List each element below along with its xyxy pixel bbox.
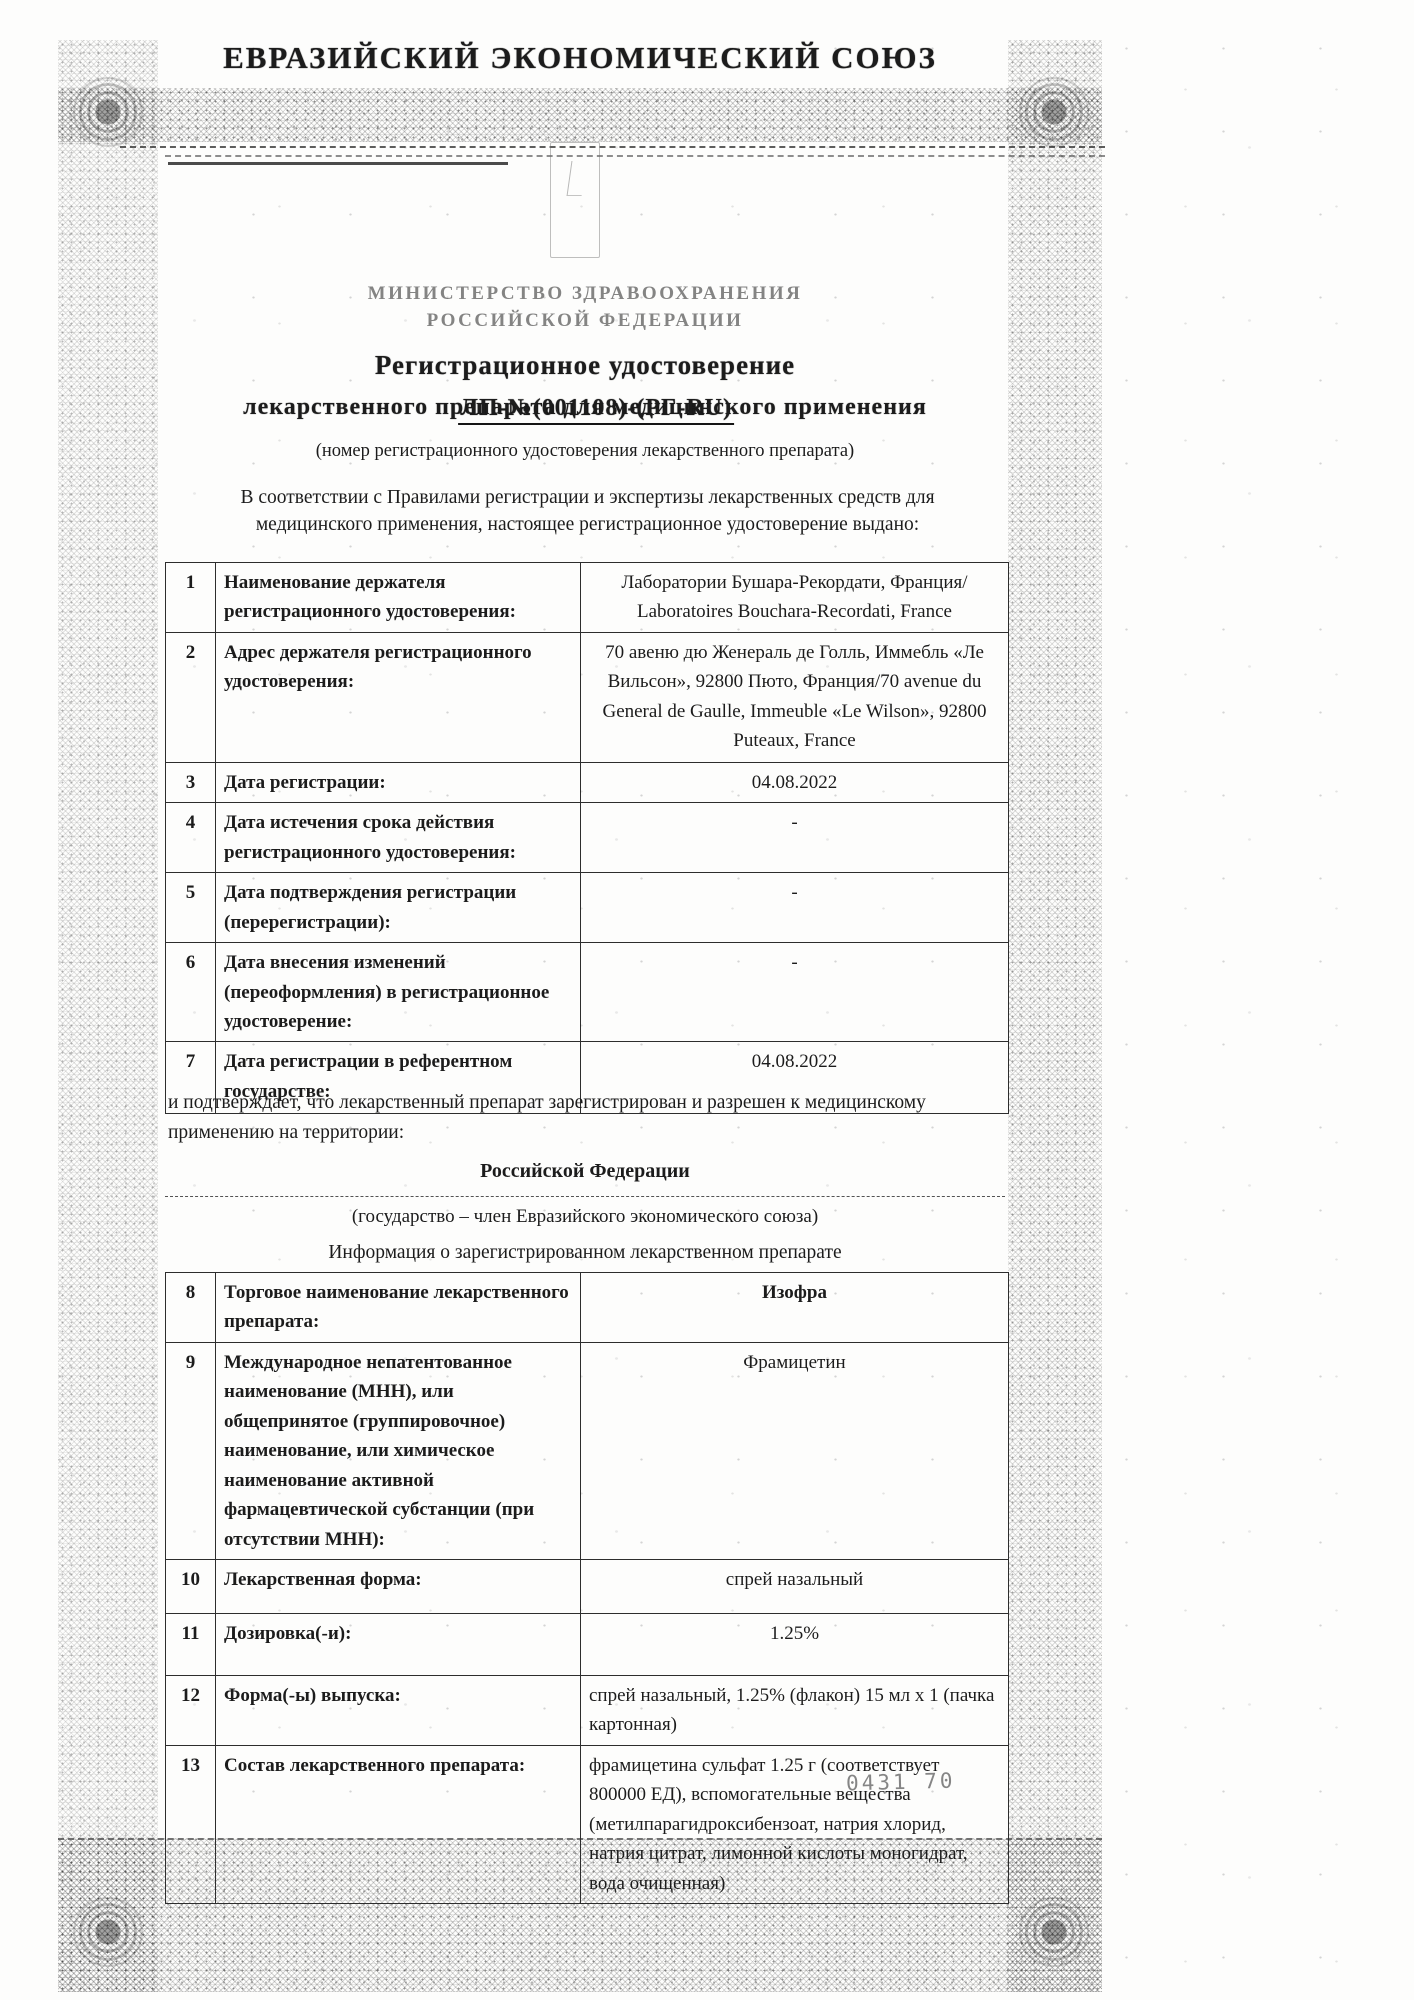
table-row: 11 Дозировка(-и): 1.25%	[166, 1613, 1009, 1675]
header-rule-2	[165, 155, 1105, 157]
document-subtitle-wrap: лекарственного препарата для медицинског…	[110, 394, 1060, 421]
table-row: 8 Торговое наименование лекарственного п…	[166, 1273, 1009, 1343]
row-number: 8	[166, 1273, 216, 1343]
table-row: 12 Форма(-ы) выпуска: спрей назальный, 1…	[166, 1675, 1009, 1745]
ornament-border-right	[1008, 40, 1102, 1992]
territory-rule	[165, 1196, 1005, 1197]
ornament-border-left	[58, 40, 158, 1992]
territory-caption: (государство – член Евразийского экономи…	[165, 1206, 1005, 1228]
row-label: Торговое наименование лекарственного пре…	[216, 1273, 581, 1343]
row-number: 3	[166, 762, 216, 802]
row-value: Фрамицетин	[581, 1342, 1009, 1559]
union-title: ЕВРАЗИЙСКИЙ ЭКОНОМИЧЕСКИЙ СОЮЗ	[60, 40, 1100, 76]
territory-name: Российской Федерации	[165, 1160, 1005, 1183]
row-value: спрей назальный	[581, 1559, 1009, 1613]
row-label: Лекарственная форма:	[216, 1559, 581, 1613]
row-label: Наименование держателя регистрационного …	[216, 563, 581, 633]
row-number: 10	[166, 1559, 216, 1613]
row-value: 70 авеню дю Женераль де Голль, Иммебль «…	[581, 632, 1009, 762]
row-value: спрей назальный, 1.25% (флакон) 15 мл х …	[581, 1675, 1009, 1745]
row-value: Лаборатории Бушара-Рекордати, Франция/ L…	[581, 563, 1009, 633]
registration-number-caption: (номер регистрационного удостоверения ле…	[165, 441, 1005, 462]
table-row: 9 Международное непатентованное наименов…	[166, 1342, 1009, 1559]
row-label: Дата регистрации:	[216, 762, 581, 802]
table-row: 1 Наименование держателя регистрационног…	[166, 563, 1009, 633]
row-number: 11	[166, 1613, 216, 1675]
row-value: -	[581, 803, 1009, 873]
ministry-name: МИНИСТЕРСТВО ЗДРАВООХРАНЕНИЯ РОССИЙСКОЙ …	[165, 280, 1005, 334]
row-number: 12	[166, 1675, 216, 1745]
row-value: -	[581, 873, 1009, 943]
row-label: Международное непатентованное наименован…	[216, 1342, 581, 1559]
row-number: 9	[166, 1342, 216, 1559]
row-label: Дата подтверждения регистрации (перереги…	[216, 873, 581, 943]
row-number: 6	[166, 943, 216, 1042]
ornament-corner-top-right	[1006, 64, 1102, 160]
table-row: 13 Состав лекарственного препарата: фрам…	[166, 1745, 1009, 1903]
row-number: 1	[166, 563, 216, 633]
row-value: Изофра	[581, 1273, 1009, 1343]
row-value: 1.25%	[581, 1613, 1009, 1675]
row-label: Форма(-ы) выпуска:	[216, 1675, 581, 1745]
row-value: -	[581, 943, 1009, 1042]
table-row: 5 Дата подтверждения регистрации (перере…	[166, 873, 1009, 943]
confirmation-paragraph: и подтверждает, что лекарственный препар…	[168, 1088, 1003, 1148]
ornament-corner-bottom-right	[1006, 1884, 1102, 1980]
row-label: Состав лекарственного препарата:	[216, 1745, 581, 1903]
ornament-corner-bottom-left	[60, 1884, 156, 1980]
ministry-emblem-placeholder	[550, 142, 600, 258]
row-number: 13	[166, 1745, 216, 1903]
table-row: 6 Дата внесения изменений (переоформлени…	[166, 943, 1009, 1042]
table-row: 4 Дата истечения срока действия регистра…	[166, 803, 1009, 873]
product-table: 8 Торговое наименование лекарственного п…	[165, 1272, 1009, 1904]
row-label: Дозировка(-и):	[216, 1613, 581, 1675]
row-label: Дата истечения срока действия регистраци…	[216, 803, 581, 873]
header-rule-3	[168, 162, 508, 165]
row-number: 4	[166, 803, 216, 873]
product-info-heading: Информация о зарегистрированном лекарств…	[165, 1242, 1005, 1264]
ornament-border-top	[58, 88, 1102, 142]
row-number: 2	[166, 632, 216, 762]
row-value: 04.08.2022	[581, 762, 1009, 802]
table-row: 3 Дата регистрации: 04.08.2022	[166, 762, 1009, 802]
ornament-corner-top-left	[60, 64, 156, 160]
registration-number: ЛП-№(001108)-(РГ-RU)	[458, 395, 734, 425]
document-title: Регистрационное удостоверение	[165, 350, 1005, 381]
row-label: Дата внесения изменений (переоформления)…	[216, 943, 581, 1042]
row-number: 5	[166, 873, 216, 943]
table-row: 2 Адрес держателя регистрационного удост…	[166, 632, 1009, 762]
ministry-line2: РОССИЙСКОЙ ФЕДЕРАЦИИ	[165, 307, 1005, 334]
table-row: 10 Лекарственная форма: спрей назальный	[166, 1559, 1009, 1613]
ministry-line1: МИНИСТЕРСТВО ЗДРАВООХРАНЕНИЯ	[165, 280, 1005, 307]
intro-paragraph: В соответствии с Правилами регистрации и…	[185, 484, 990, 538]
row-label: Адрес держателя регистрационного удостов…	[216, 632, 581, 762]
scanned-certificate-page: ЕВРАЗИЙСКИЙ ЭКОНОМИЧЕСКИЙ СОЮЗ МИНИСТЕРС…	[0, 0, 1414, 2000]
page-number-overprint: 0431 70	[846, 1769, 956, 1796]
header-rule-1	[120, 146, 1105, 148]
registration-table: 1 Наименование держателя регистрационног…	[165, 562, 1009, 1114]
